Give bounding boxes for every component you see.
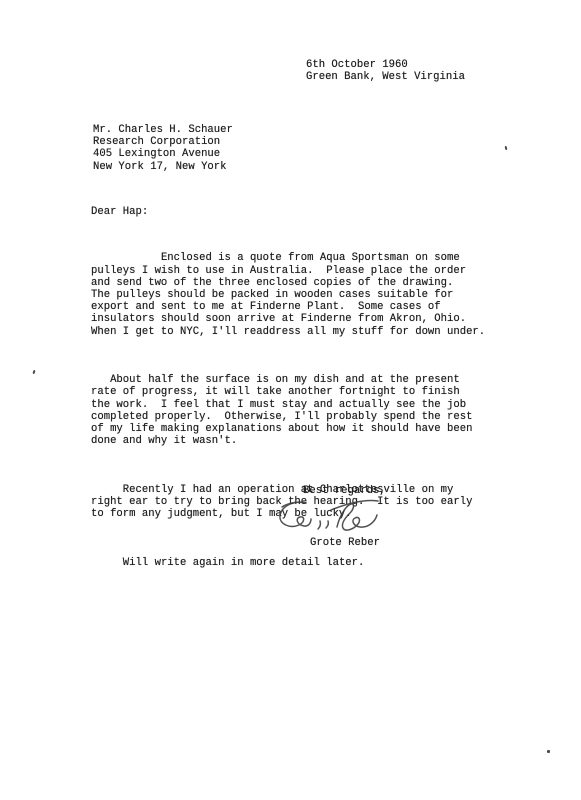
signature-name: Grote Reber (310, 537, 380, 549)
signature-icon (276, 494, 380, 540)
paragraph-4: Will write again in more detail later. (91, 557, 497, 569)
dateline: 6th October 1960Green Bank, West Virgini… (306, 59, 465, 83)
scan-artifact (505, 146, 508, 150)
date-text: 6th October 1960 (306, 59, 408, 71)
letter-page: 6th October 1960Green Bank, West Virgini… (0, 0, 581, 800)
handwritten-signature (276, 494, 380, 540)
recipient-name: Mr. Charles H. Schauer (93, 124, 233, 136)
salutation: Dear Hap: (91, 206, 148, 218)
recipient-org: Research Corporation (93, 136, 220, 148)
scan-artifact (32, 370, 35, 374)
scan-artifact (547, 750, 550, 753)
recipient-address: Mr. Charles H. SchauerResearch Corporati… (93, 124, 233, 173)
paragraph-2: About half the surface is on my dish and… (91, 374, 497, 447)
paragraph-1: Enclosed is a quote from Aqua Sportsman … (91, 252, 497, 337)
recipient-city: New York 17, New York (93, 161, 227, 173)
recipient-street: 405 Lexington Avenue (93, 148, 220, 160)
letter-body: Enclosed is a quote from Aqua Sportsman … (91, 228, 497, 605)
place-text: Green Bank, West Virginia (306, 71, 465, 83)
